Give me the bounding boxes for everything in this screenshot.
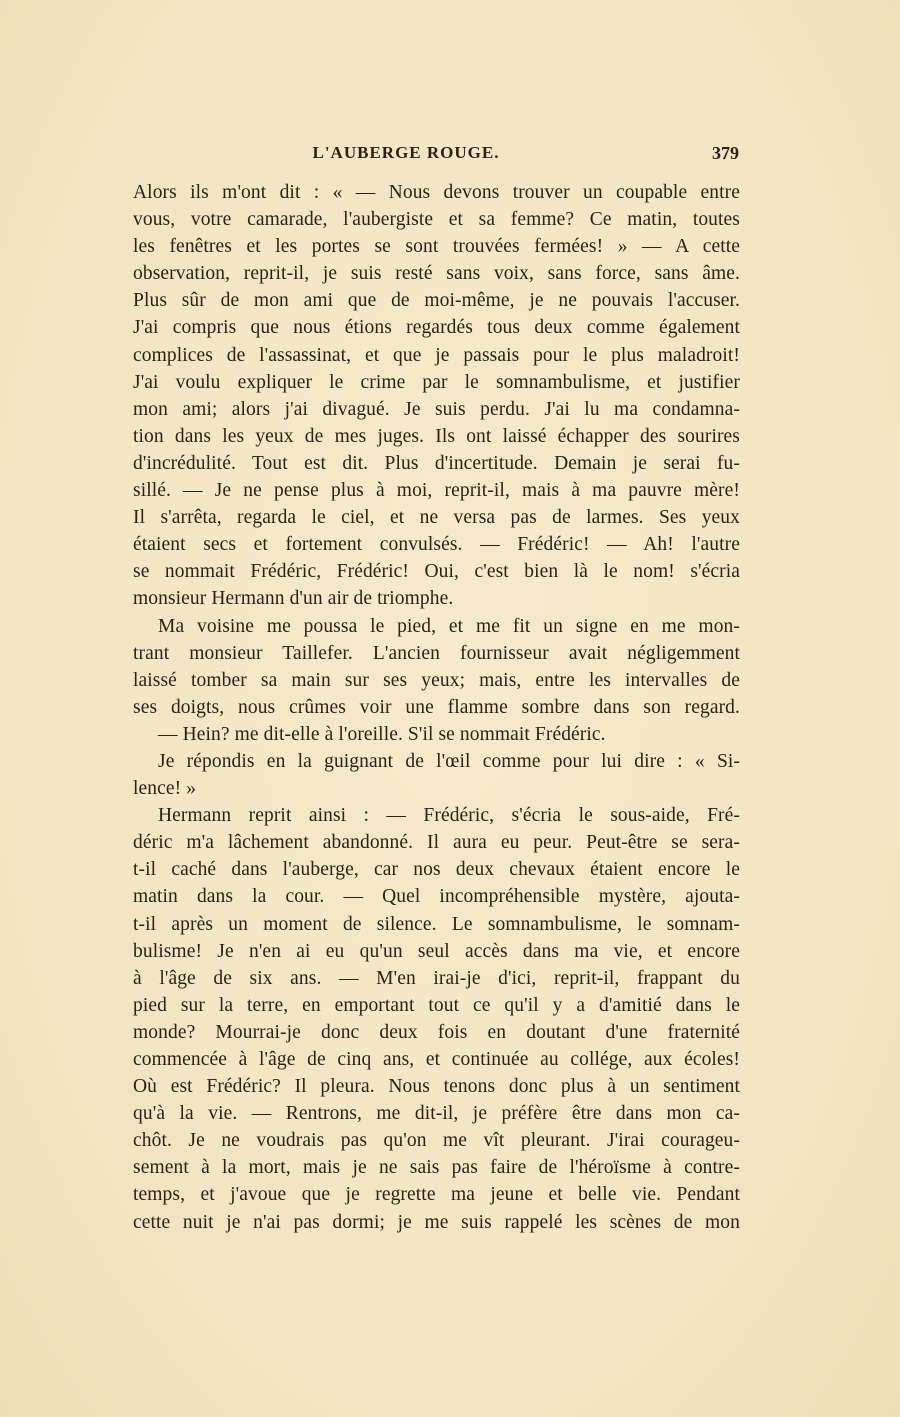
text-line: ses doigts, nous crûmes voir une flamme … <box>133 694 740 721</box>
text-line: t-il caché dans l'auberge, car nos deux … <box>133 856 740 883</box>
text-line: t-il après un moment de silence. Le somn… <box>133 911 740 938</box>
text-line: chôt. Je ne voudrais pas qu'on me vît pl… <box>133 1127 740 1154</box>
body-text: Alors ils m'ont dit : « — Nous devons tr… <box>133 179 740 1236</box>
page-header: L'AUBERGE ROUGE. 379 <box>133 143 739 169</box>
text-line: à l'âge de six ans. — M'en irai-je d'ici… <box>133 965 740 992</box>
text-line: Où est Frédéric? Il pleura. Nous tenons … <box>133 1073 740 1100</box>
text-line: — Hein? me dit-elle à l'oreille. S'il se… <box>133 721 740 748</box>
text-line: qu'à la vie. — Rentrons, me dit-il, je p… <box>133 1100 740 1127</box>
text-line: sillé. — Je ne pense plus à moi, reprit-… <box>133 477 740 504</box>
text-line: Alors ils m'ont dit : « — Nous devons tr… <box>133 179 740 206</box>
text-line: observation, reprit-il, je suis resté sa… <box>133 260 740 287</box>
text-line: tion dans les yeux de mes juges. Ils ont… <box>133 423 740 450</box>
text-line: matin dans la cour. — Quel incompréhensi… <box>133 883 740 910</box>
text-line: sement à la mort, mais je ne sais pas fa… <box>133 1154 740 1181</box>
text-line: temps, et j'avoue que je regrette ma jeu… <box>133 1181 740 1208</box>
text-line: J'ai compris que nous étions regardés to… <box>133 314 740 341</box>
text-line: bulisme! Je n'en ai eu qu'un seul accès … <box>133 938 740 965</box>
text-line: Plus sûr de mon ami que de moi-même, je … <box>133 287 740 314</box>
text-line: les fenêtres et les portes se sont trouv… <box>133 233 740 260</box>
page-number: 379 <box>712 143 739 164</box>
text-line: monsieur Hermann d'un air de triomphe. <box>133 585 740 612</box>
text-line: laissé tomber sa main sur ses yeux; mais… <box>133 667 740 694</box>
text-line: vous, votre camarade, l'aubergiste et sa… <box>133 206 740 233</box>
text-line: cette nuit je n'ai pas dormi; je me suis… <box>133 1209 740 1236</box>
running-title: L'AUBERGE ROUGE. <box>103 143 709 163</box>
text-line: pied sur la terre, en emportant tout ce … <box>133 992 740 1019</box>
text-line: étaient secs et fortement convulsés. — F… <box>133 531 740 558</box>
text-line: mon ami; alors j'ai divagué. Je suis per… <box>133 396 740 423</box>
text-line: lence! » <box>133 775 740 802</box>
text-line: complices de l'assassinat, et que je pas… <box>133 342 740 369</box>
text-line: Il s'arrêta, regarda le ciel, et ne vers… <box>133 504 740 531</box>
text-line: déric m'a lâchement abandonné. Il aura e… <box>133 829 740 856</box>
text-line: Hermann reprit ainsi : — Frédéric, s'écr… <box>133 802 740 829</box>
text-line: trant monsieur Taillefer. L'ancien fourn… <box>133 640 740 667</box>
text-line: commencée à l'âge de cinq ans, et contin… <box>133 1046 740 1073</box>
book-page: L'AUBERGE ROUGE. 379 Alors ils m'ont dit… <box>0 0 900 1417</box>
text-line: J'ai voulu expliquer le crime par le som… <box>133 369 740 396</box>
text-line: Je répondis en la guignant de l'œil comm… <box>133 748 740 775</box>
text-line: monde? Mourrai-je donc deux fois en dout… <box>133 1019 740 1046</box>
text-line: se nommait Frédéric, Frédéric! Oui, c'es… <box>133 558 740 585</box>
text-line: Ma voisine me poussa le pied, et me fit … <box>133 613 740 640</box>
text-line: d'incrédulité. Tout est dit. Plus d'ince… <box>133 450 740 477</box>
